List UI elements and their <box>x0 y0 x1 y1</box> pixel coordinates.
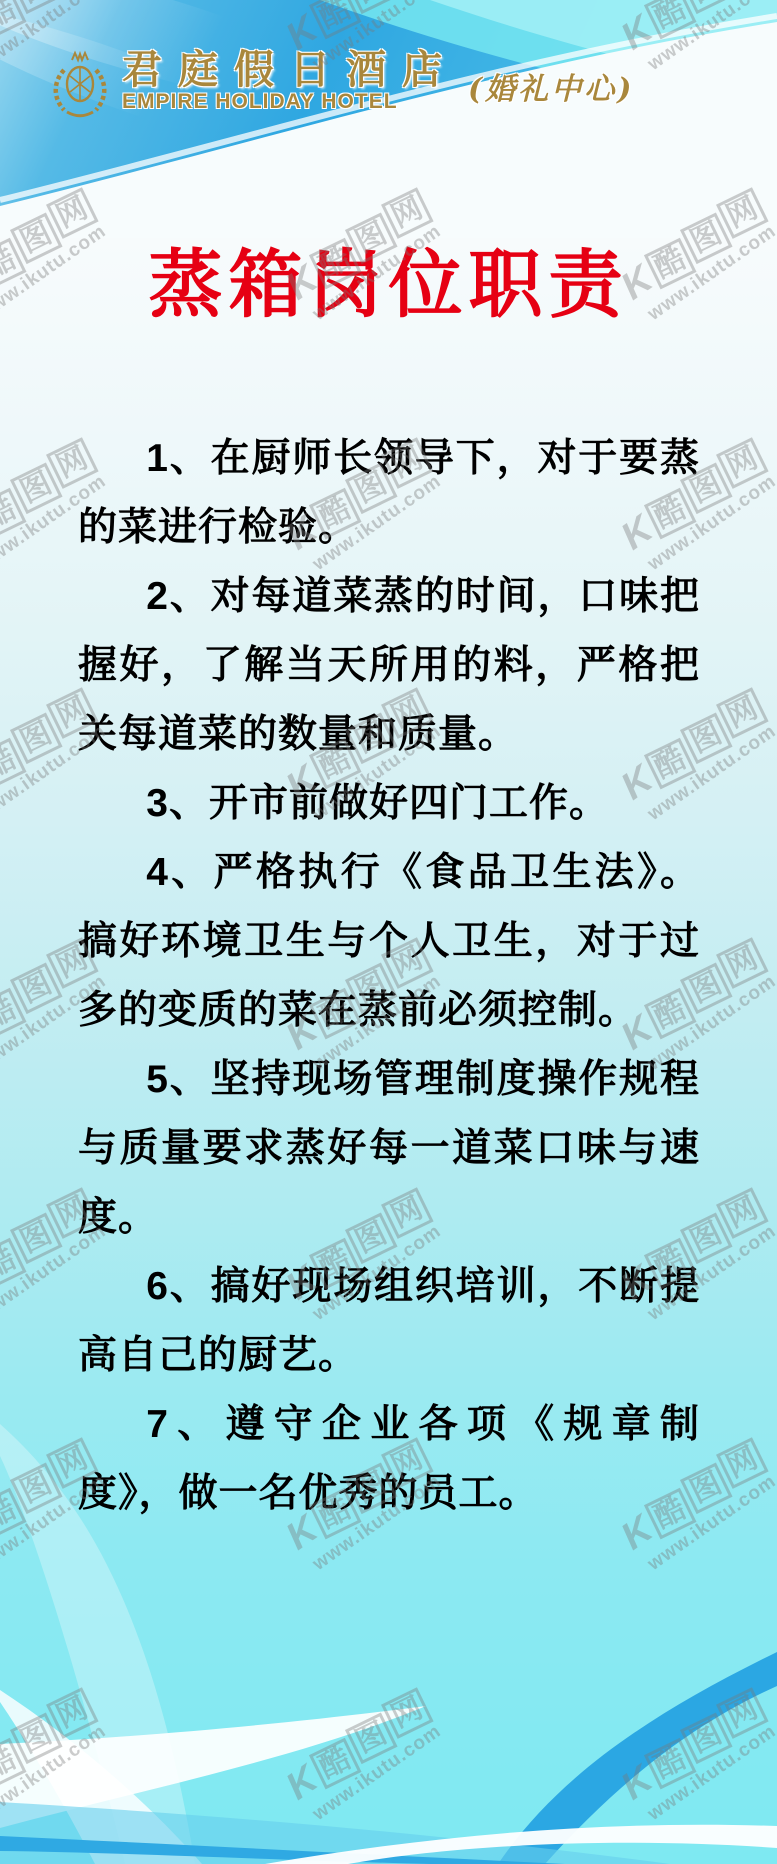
watermark-boxed-char: 网 <box>716 687 769 739</box>
watermark-boxed-char: 网 <box>716 437 769 489</box>
header-band: 君庭假日酒店 EMPIRE HOLIDAY HOTEL (婚礼中心) <box>0 0 777 238</box>
hotel-name-english: EMPIRE HOLIDAY HOTEL <box>122 90 458 114</box>
watermark-boxed-char: 网 <box>716 1187 769 1239</box>
hotel-name-block: 君庭假日酒店 EMPIRE HOLIDAY HOTEL <box>122 50 458 114</box>
duties-list: 1、在厨师长领导下，对于要蒸的菜进行检验。2、对每道菜蒸的时间，口味把握好，了解… <box>78 424 700 1528</box>
duty-item: 4、严格执行《食品卫生法》。搞好环境卫生与个人卫生，对于过多的变质的菜在蒸前必须… <box>78 838 700 1045</box>
duty-item: 5、坚持现场管理制度操作规程与质量要求蒸好每一道菜口味与速度。 <box>78 1045 700 1252</box>
watermark-boxed-char: 酷 <box>0 1238 27 1290</box>
duty-item: 7、遵守企业各项《规章制度》，做一名优秀的员工。 <box>78 1390 700 1528</box>
watermark-boxed-char: 图 <box>10 712 63 764</box>
hotel-tagline: (婚礼中心) <box>468 64 634 108</box>
hotel-name-chinese: 君庭假日酒店 <box>122 50 458 90</box>
hotel-crest-icon <box>50 50 110 120</box>
hotel-logo-row: 君庭假日酒店 EMPIRE HOLIDAY HOTEL (婚礼中心) <box>50 50 634 130</box>
watermark-boxed-char: 酷 <box>0 488 27 540</box>
watermark-boxed-char: 图 <box>10 962 63 1014</box>
watermark-boxed-char: 图 <box>10 1212 63 1264</box>
duty-item: 1、在厨师长领导下，对于要蒸的菜进行检验。 <box>78 424 700 562</box>
watermark-boxed-char: 酷 <box>0 988 27 1040</box>
duty-item: 3、开市前做好四门工作。 <box>78 769 700 838</box>
job-duty-poster: 君庭假日酒店 EMPIRE HOLIDAY HOTEL (婚礼中心) 蒸箱岗位职… <box>0 0 777 1864</box>
watermark-boxed-char: 酷 <box>0 738 27 790</box>
duty-item: 2、对每道菜蒸的时间，口味把握好，了解当天所用的料，严格把关每道菜的数量和质量。 <box>78 562 700 769</box>
poster-title: 蒸箱岗位职责 <box>0 226 777 332</box>
watermark-boxed-char: 网 <box>716 937 769 989</box>
watermark-boxed-char: 图 <box>10 462 63 514</box>
duty-item: 6、搞好现场组织培训，不断提高自己的厨艺。 <box>78 1252 700 1390</box>
